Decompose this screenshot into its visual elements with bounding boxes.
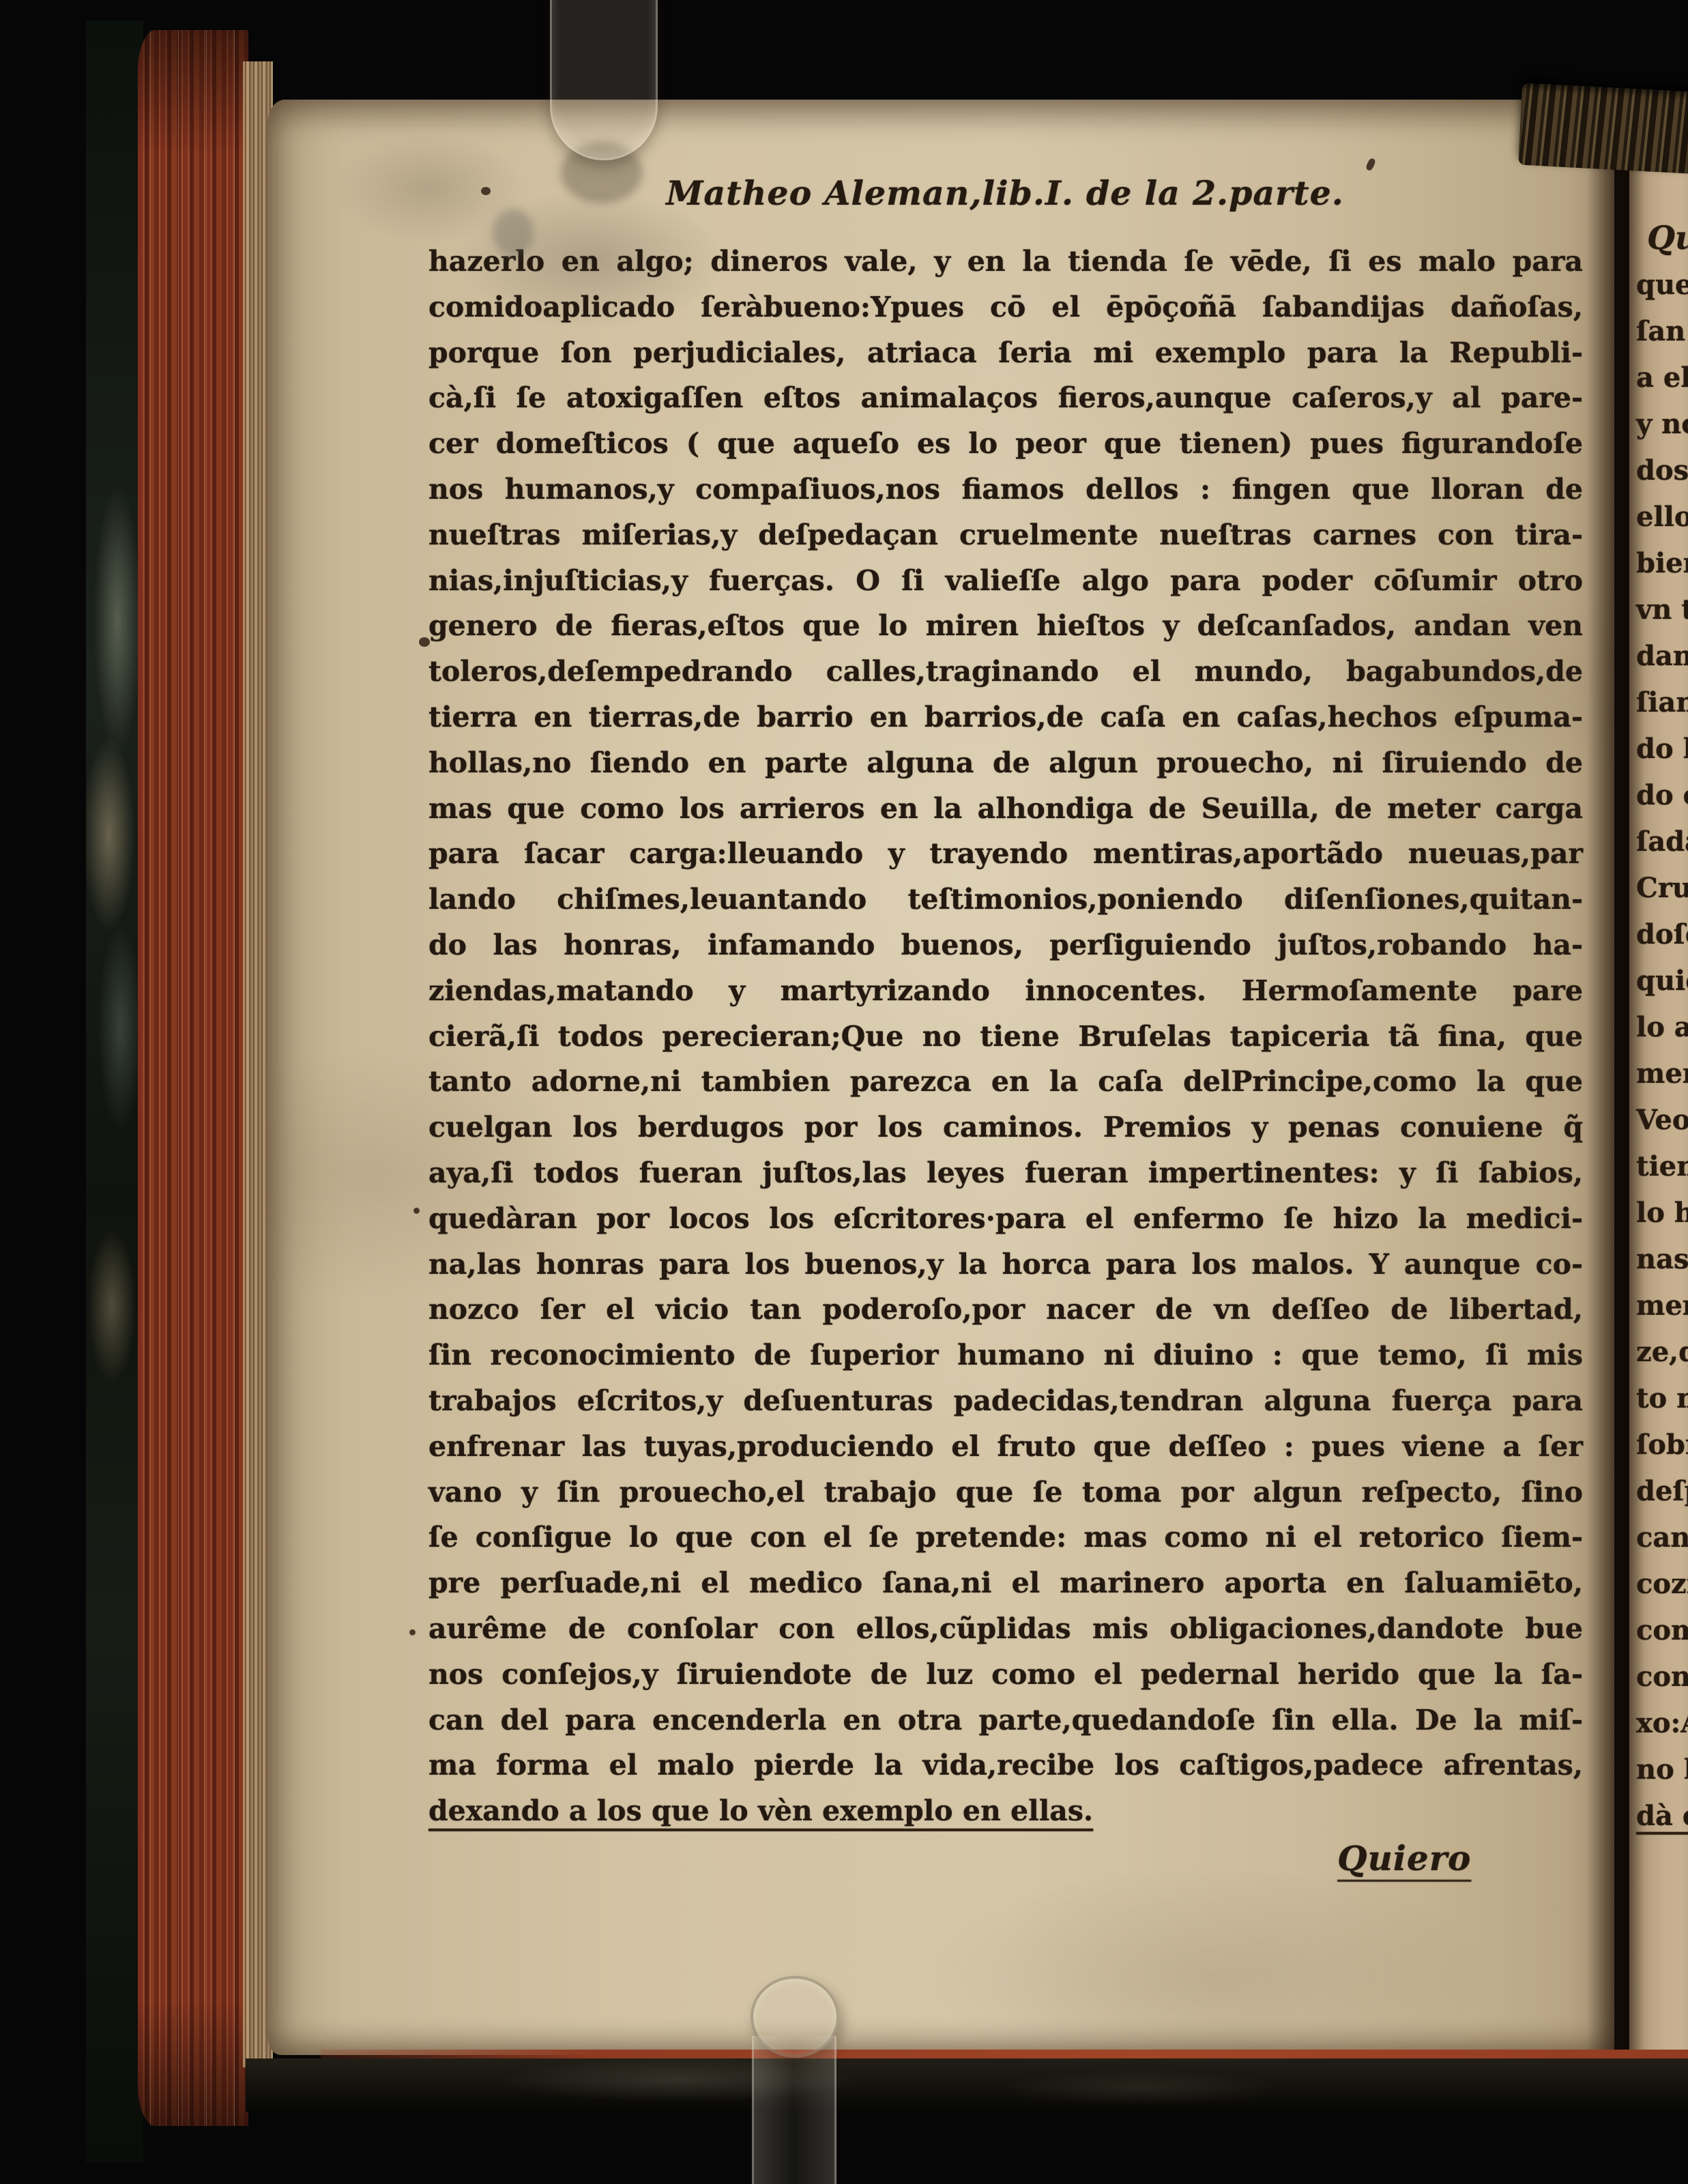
red-stained-page-edges: [138, 30, 248, 2126]
body-line: toleros,deſempedrando calles,traginando …: [428, 649, 1583, 695]
catchword: Quiero: [1337, 1838, 1471, 1878]
facing-page-line: no lo: [1636, 1747, 1688, 1793]
gutter-shadow: [1587, 96, 1632, 2069]
ink-spot: [413, 1208, 420, 1214]
facing-page-line: vn tiemp: [1636, 587, 1688, 633]
page-holder-clip-bottom-stem: [752, 2036, 836, 2184]
body-line: quedàran por locos los eſcritores·para e…: [428, 1196, 1583, 1242]
facing-page-line: ze,que: [1636, 1329, 1688, 1375]
body-line: vano y ſin prouecho,el trabajo que ſe to…: [428, 1470, 1583, 1515]
facing-page-line: nas,otr: [1636, 1236, 1688, 1283]
facing-page-line: menos la: [1636, 1051, 1688, 1097]
headband: [1518, 83, 1688, 174]
body-text: hazerlo en algo; dineros vale, y en la t…: [428, 239, 1583, 1834]
facing-page-line: to miniſ: [1636, 1375, 1688, 1422]
body-line: ſin reconocimiento de ſuperior humano ni…: [428, 1333, 1583, 1378]
ink-spot: [481, 187, 491, 195]
stain: [493, 209, 534, 257]
page-edge-flecks: [138, 30, 248, 2126]
facing-page-line: quien le: [1636, 958, 1688, 1004]
body-line: trabajos eſcritos,y deſuenturas padecida…: [428, 1378, 1583, 1424]
body-line: ziendas,matando y martyrizando innocente…: [428, 968, 1583, 1014]
page-holder-clip-top: [550, 0, 658, 160]
body-line: can del para encenderla en otra parte,qu…: [428, 1698, 1583, 1743]
body-line: tierra en tierras,de barrio en barrios,d…: [428, 695, 1583, 740]
facing-page-line: ſiandome: [1636, 680, 1688, 726]
facing-page-line: que a lo: [1636, 262, 1688, 308]
facing-page-line: dà eſſ: [1636, 1793, 1688, 1839]
facing-page-line: a ellos, v: [1636, 355, 1688, 401]
book-page: Matheo Aleman,lib.I. de la 2.parte. haze…: [267, 100, 1614, 2055]
ink-spot: [419, 637, 430, 647]
photo-canvas: Matheo Aleman,lib.I. de la 2.parte. haze…: [0, 0, 1688, 2184]
facing-page-line: ſobre to: [1636, 1422, 1688, 1468]
facing-page-line: candola: [1636, 1515, 1688, 1561]
body-line: para ſacar carga:lleuando y trayendo men…: [428, 831, 1583, 877]
facing-page-line: ello:yo ſe: [1636, 494, 1688, 540]
body-line: comidoaplicado ſeràbueno:Ypues cō el ēpō…: [428, 285, 1583, 330]
body-line: enfrenar las tuyas,produciendo el fruto …: [428, 1424, 1583, 1470]
body-line: tanto adorne,ni tambien parezca en la ca…: [428, 1059, 1583, 1105]
body-line: nozco ſer el vicio tan poderoſo,por nace…: [428, 1287, 1583, 1333]
body-line: cuelgan los berdugos por los caminos. Pr…: [428, 1105, 1583, 1150]
facing-page-line: tiendo: [1636, 1144, 1688, 1190]
facing-page-line: dos enga: [1636, 448, 1688, 494]
facing-page-line: lo haze: [1636, 1190, 1688, 1236]
facing-page-sliver: Quieque a loſan por la ellos, vy no ſabe…: [1629, 135, 1688, 2086]
body-line: aya,ſi todos fueran juſtos,las leyes fue…: [428, 1150, 1583, 1196]
body-line: hollas,no ſiendo en parte alguna de algu…: [428, 740, 1583, 786]
facing-page-line: y no ſabe: [1636, 401, 1688, 448]
body-line: genero de fieras,eſtos que lo miren hieſ…: [428, 603, 1583, 649]
body-line: porque ſon perjudiciales, atriaca ſeria …: [428, 330, 1583, 376]
facing-page-line: cozina,: [1636, 1561, 1688, 1607]
facing-page-line: Cruz que: [1636, 865, 1688, 912]
body-line: do las honras, infamando buenos, perſigu…: [428, 922, 1583, 968]
facing-page-line: mer los: [1636, 1283, 1688, 1329]
facing-page-line: ſada,y qu: [1636, 819, 1688, 865]
body-line: aurême de conſolar con ellos,cũplidas mi…: [428, 1606, 1583, 1652]
facing-page-line: como ta: [1636, 1607, 1688, 1654]
facing-page-line: doſe ſobr: [1636, 912, 1688, 958]
facing-page-line: con mu: [1636, 1654, 1688, 1700]
facing-page-line: bien de m: [1636, 540, 1688, 587]
body-line: cà,ſi ſe atoxigaſſen eſtos animalaços fi…: [428, 375, 1583, 421]
bottom-cover-edge: [246, 2058, 1688, 2112]
body-line: nueſtras miſerias,y deſpedaçan cruelment…: [428, 512, 1583, 558]
facing-page-line: do los re: [1636, 726, 1688, 772]
book-scan-photo: { "page_header": { "title": "Matheo Alem…: [0, 0, 1688, 2184]
body-line: pre perſuade,ni el medico ſana,ni el mar…: [428, 1560, 1583, 1606]
ink-spot: [409, 1629, 416, 1635]
facing-page-line: dandome: [1636, 633, 1688, 680]
ink-spot: [1365, 158, 1377, 172]
facing-page-line: ſan por l: [1636, 308, 1688, 355]
marbled-cover-edge: [86, 20, 143, 2163]
body-line: hazerlo en algo; dineros vale, y en la t…: [428, 239, 1583, 285]
body-line: lando chiſmes,leuantando teſtimonios,pon…: [428, 877, 1583, 922]
facing-page-line: Quie: [1636, 216, 1688, 262]
body-line: cierã,ſi todos perecieran;Que no tiene B…: [428, 1014, 1583, 1060]
facing-page-line: xo:Aſs: [1636, 1700, 1688, 1747]
facing-page-line: do camin: [1636, 772, 1688, 819]
facing-page-text: Quieque a loſan por la ellos, vy no ſabe…: [1636, 216, 1688, 1839]
body-line: ma forma el malo pierde la vida,recibe l…: [428, 1743, 1583, 1788]
body-line: mas que como los arrieros en la alhondig…: [428, 786, 1583, 832]
body-line: nos conſejos,y ſiruiendote de luz como e…: [428, 1652, 1583, 1698]
body-line: na,las honras para los buenos,y la horca…: [428, 1242, 1583, 1287]
body-line: nos humanos,y compaſiuos,nos fiamos dell…: [428, 467, 1583, 512]
body-line: cer domeſticos ( que aqueſo es lo peor q…: [428, 421, 1583, 467]
facing-page-line: deſpues: [1636, 1468, 1688, 1515]
body-line: ſe conſigue lo que con el ſe pretende: m…: [428, 1515, 1583, 1560]
facing-page-line: Veo pre: [1636, 1097, 1688, 1144]
body-line: nias,injuſticias,y fuerças. O ſi valieſſ…: [428, 558, 1583, 604]
body-line: dexando a los que lo vèn exemplo en ella…: [428, 1788, 1583, 1834]
facing-page-line: lo adieſt: [1636, 1004, 1688, 1051]
